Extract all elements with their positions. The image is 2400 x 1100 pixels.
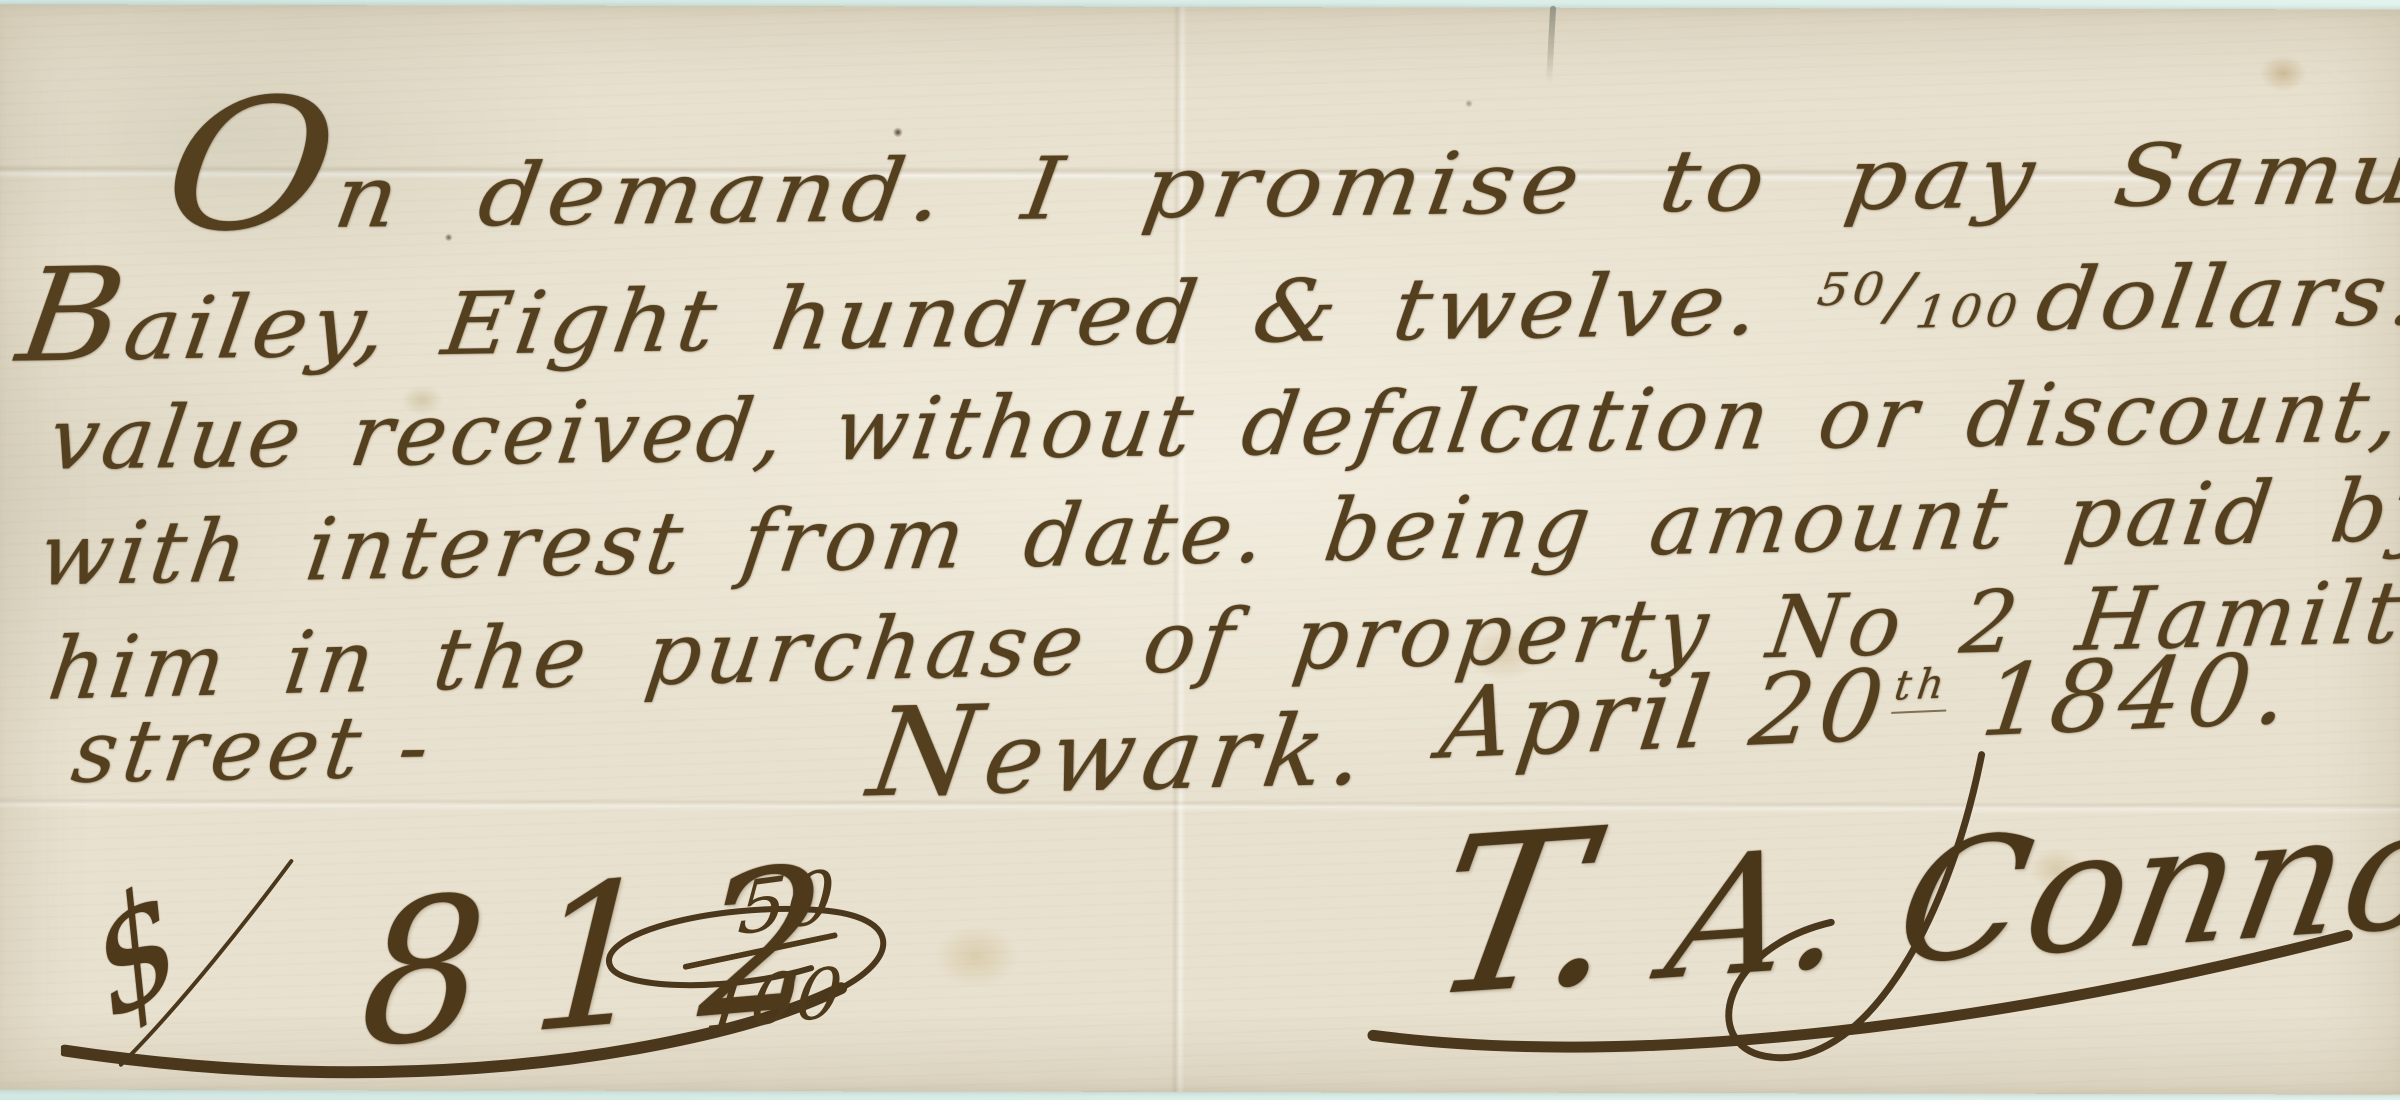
note-line-3: value received, without defalcation or d… (44, 369, 2400, 483)
cents-fraction-denominator: 100 (1912, 284, 2025, 339)
note-line-2-text: Bailey, Eight hundred & twelve. (11, 255, 1770, 382)
amount-group: $ 812 50 100 (61, 855, 982, 1100)
promissory-note-paper: On demand. I promise to pay Samuel Baile… (0, 4, 2400, 1094)
amount-fraction-denominator: 100 (701, 952, 846, 1047)
amount-fraction: 50 100 (681, 860, 901, 1040)
scan-background: On demand. I promise to pay Samuel Baile… (0, 0, 2400, 1100)
date-ordinal: th (1891, 659, 1953, 714)
signature-group: T. A. Connor (1361, 717, 2372, 1099)
note-line-6: street - (67, 704, 440, 796)
place-name: Newark. (862, 680, 1381, 815)
note-line-2-suffix: dollars. (2030, 244, 2400, 350)
cents-fraction-numerator: 50 (1814, 262, 1892, 316)
